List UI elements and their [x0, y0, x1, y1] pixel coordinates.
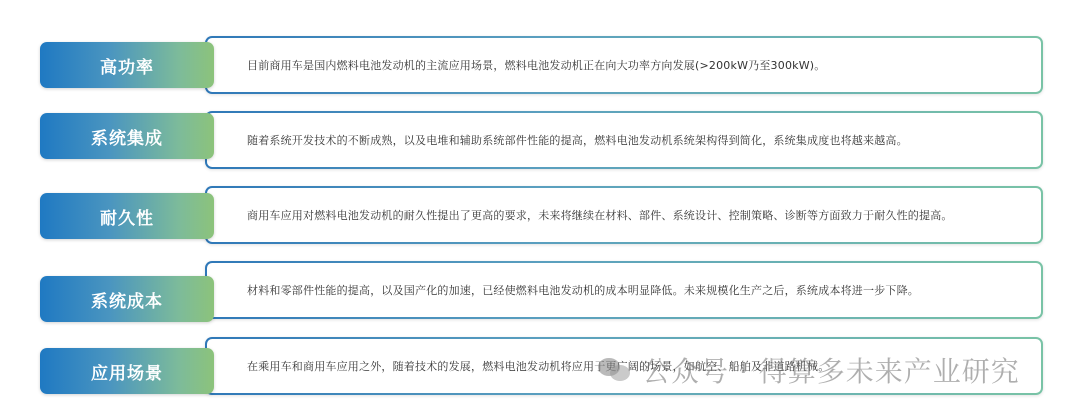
- row-high-power: 目前商用车是国内燃料电池发动机的主流应用场景，燃料电池发动机正在向大功率方向发展…: [0, 36, 1080, 98]
- description-box: 材料和零部件性能的提高，以及国产化的加速，已经使燃料电池发动机的成本明显降低。未…: [205, 261, 1043, 319]
- row-system-cost: 材料和零部件性能的提高，以及国产化的加速，已经使燃料电池发动机的成本明显降低。未…: [0, 261, 1080, 323]
- label-text: 应用场景: [91, 359, 163, 384]
- description-text: 商用车应用对燃料电池发动机的耐久性提出了更高的要求，未来将继续在材料、部件、系统…: [247, 207, 953, 223]
- label-badge: 系统成本: [40, 276, 214, 322]
- description-text: 在乘用车和商用车应用之外，随着技术的发展，燃料电池发动机将应用于更广阔的场景，如…: [247, 358, 829, 374]
- description-box: 目前商用车是国内燃料电池发动机的主流应用场景，燃料电池发动机正在向大功率方向发展…: [205, 36, 1043, 94]
- label-badge: 耐久性: [40, 193, 214, 239]
- row-application-scenarios: 在乘用车和商用车应用之外，随着技术的发展，燃料电池发动机将应用于更广阔的场景，如…: [0, 337, 1080, 399]
- label-badge: 系统集成: [40, 113, 214, 159]
- description-text: 随着系统开发技术的不断成熟，以及电堆和辅助系统部件性能的提高，燃料电池发动机系统…: [247, 132, 908, 148]
- description-text: 目前商用车是国内燃料电池发动机的主流应用场景，燃料电池发动机正在向大功率方向发展…: [247, 57, 825, 73]
- label-badge: 高功率: [40, 42, 214, 88]
- row-system-integration: 随着系统开发技术的不断成熟，以及电堆和辅助系统部件性能的提高，燃料电池发动机系统…: [0, 111, 1080, 173]
- label-text: 耐久性: [100, 204, 154, 229]
- label-badge: 应用场景: [40, 348, 214, 394]
- label-text: 高功率: [100, 53, 154, 78]
- description-box: 在乘用车和商用车应用之外，随着技术的发展，燃料电池发动机将应用于更广阔的场景，如…: [205, 337, 1043, 395]
- description-box: 随着系统开发技术的不断成熟，以及电堆和辅助系统部件性能的提高，燃料电池发动机系统…: [205, 111, 1043, 169]
- description-text: 材料和零部件性能的提高，以及国产化的加速，已经使燃料电池发动机的成本明显降低。未…: [247, 282, 919, 298]
- row-durability: 商用车应用对燃料电池发动机的耐久性提出了更高的要求，未来将继续在材料、部件、系统…: [0, 186, 1080, 248]
- description-box: 商用车应用对燃料电池发动机的耐久性提出了更高的要求，未来将继续在材料、部件、系统…: [205, 186, 1043, 244]
- label-text: 系统成本: [91, 287, 163, 312]
- label-text: 系统集成: [91, 124, 163, 149]
